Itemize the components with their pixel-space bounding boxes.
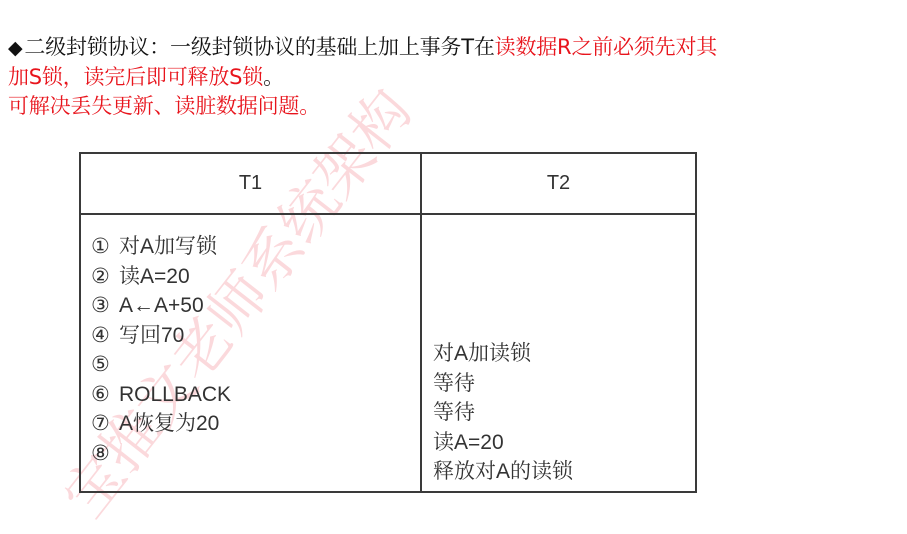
- protocol-description: ◆二级封锁协议：一级封锁协议的基础上加上事务T在读数据R之前必须先对其 加S锁，…: [8, 33, 907, 121]
- step-number: ⑤: [91, 350, 119, 380]
- step-text: 读A=20: [119, 265, 190, 288]
- intro-line-1-red: 读数据R之前必须先对其: [495, 35, 717, 59]
- step-number: ①: [91, 232, 119, 262]
- intro-line-2-red: 加S锁，读完后即可释放S锁: [8, 65, 263, 89]
- t2-step: 读A=20: [433, 428, 573, 458]
- step-text: ROLLBACK: [119, 383, 231, 406]
- t1-step: ①对A加写锁: [91, 232, 231, 262]
- t1-step: ③A←A+50: [91, 291, 231, 321]
- step-text: A恢复为20: [119, 412, 219, 435]
- t1-step: ⑦A恢复为20: [91, 409, 231, 439]
- t2-step: 等待: [433, 398, 573, 428]
- intro-line-2: 加S锁，读完后即可释放S锁。: [8, 63, 907, 92]
- t2-steps: 对A加读锁 等待 等待 读A=20 释放对A的读锁: [433, 339, 573, 487]
- t1-step: ⑥ROLLBACK: [91, 380, 231, 410]
- intro-line-1: ◆二级封锁协议：一级封锁协议的基础上加上事务T在读数据R之前必须先对其: [8, 33, 907, 63]
- intro-line-1-black: 二级封锁协议：一级封锁协议的基础上加上事务T在: [24, 35, 494, 59]
- t1-step: ②读A=20: [91, 262, 231, 292]
- t1-step: ⑧: [91, 439, 231, 469]
- intro-line-3: 可解决丢失更新、读脏数据问题。: [8, 92, 907, 121]
- t2-step: 对A加读锁: [433, 339, 573, 369]
- diamond-bullet-icon: ◆: [8, 37, 22, 59]
- step-number: ④: [91, 321, 119, 351]
- t1-step: ④写回70: [91, 321, 231, 351]
- header-divider: [81, 213, 695, 215]
- transaction-schedule-table: T1 T2 ①对A加写锁 ②读A=20 ③A←A+50 ④写回70 ⑤ ⑥ROL…: [79, 152, 697, 493]
- header-t1: T1: [81, 154, 420, 213]
- header-t2: T2: [422, 154, 695, 213]
- intro-line-2-end: 。: [263, 65, 284, 89]
- step-number: ⑧: [91, 439, 119, 469]
- step-number: ⑦: [91, 409, 119, 439]
- step-text: A←A+50: [119, 294, 204, 317]
- t1-steps: ①对A加写锁 ②读A=20 ③A←A+50 ④写回70 ⑤ ⑥ROLLBACK …: [91, 232, 231, 468]
- t1-step: ⑤: [91, 350, 231, 380]
- step-number: ②: [91, 262, 119, 292]
- step-number: ③: [91, 291, 119, 321]
- t2-step: 释放对A的读锁: [433, 457, 573, 487]
- step-text: 写回70: [119, 324, 184, 347]
- t2-step: 等待: [433, 369, 573, 399]
- step-text: 对A加写锁: [119, 235, 217, 258]
- step-number: ⑥: [91, 380, 119, 410]
